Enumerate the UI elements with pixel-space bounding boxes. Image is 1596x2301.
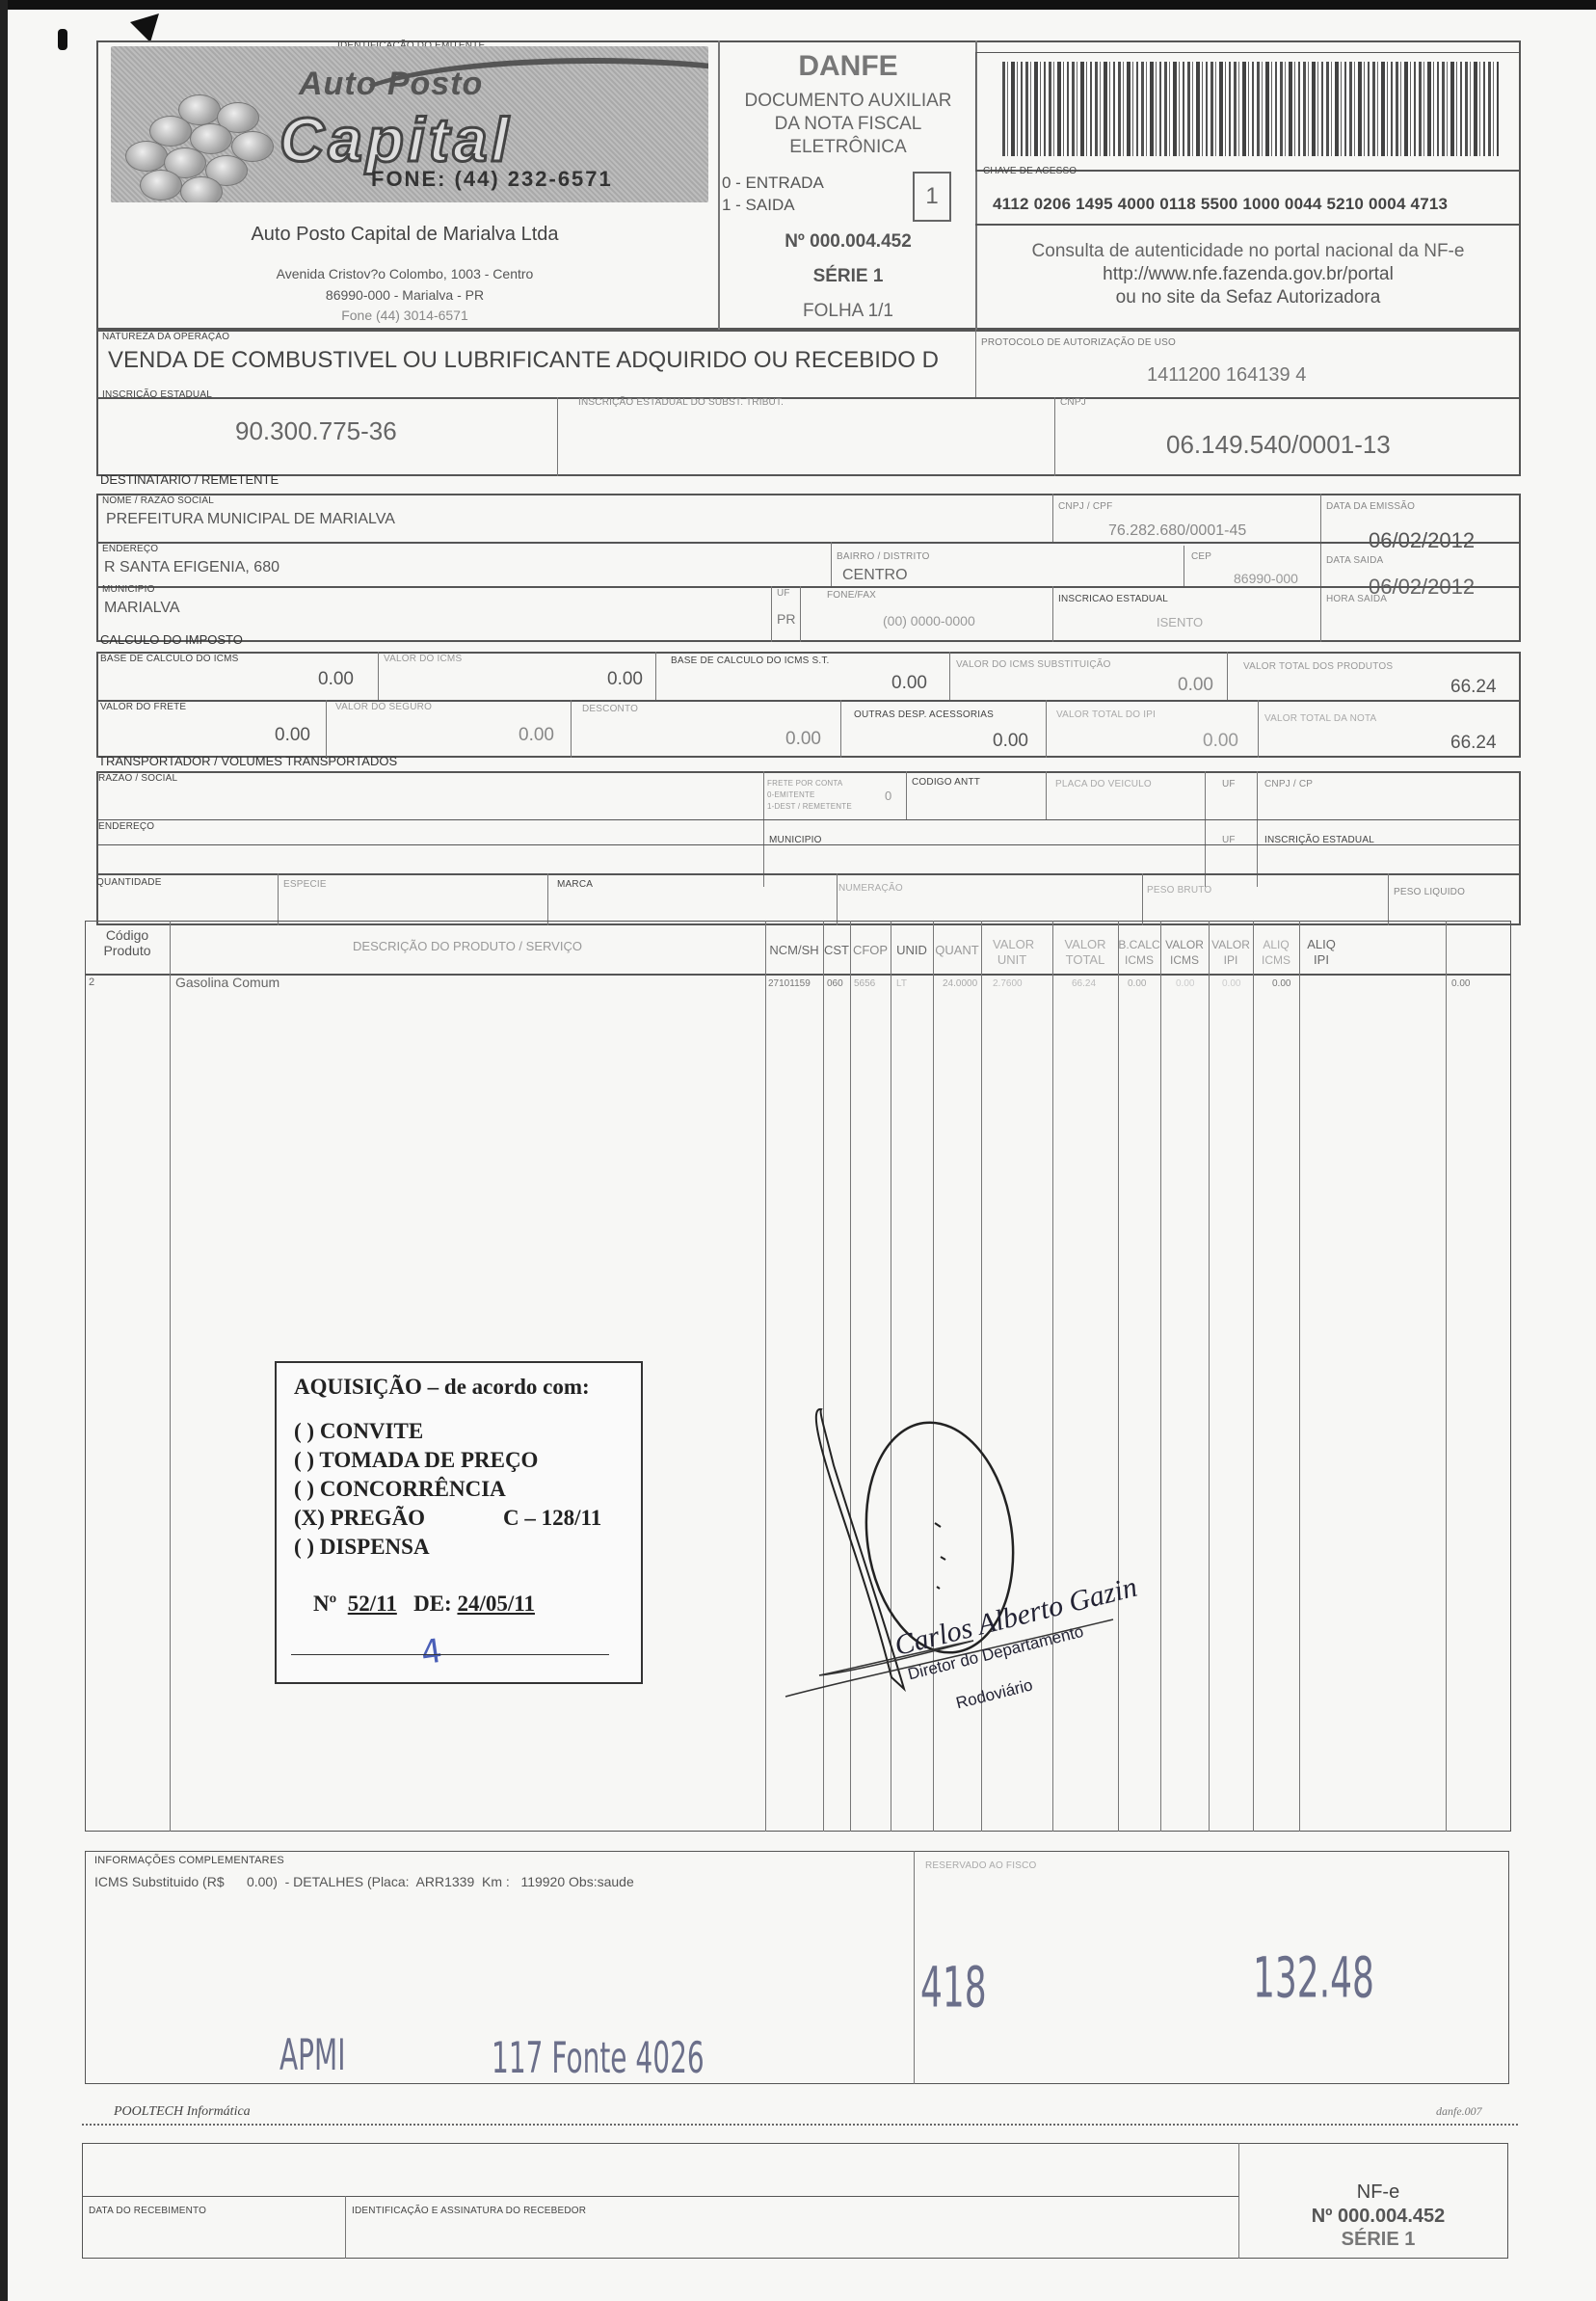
col-header-quant: QUANT xyxy=(933,943,981,958)
divider xyxy=(82,2196,1238,2197)
danfe-subtitle-1: DOCUMENTO AUXILIAR xyxy=(718,91,978,112)
tax-value-total-note: 66.24 xyxy=(1450,733,1497,754)
recipient-name-label: NOME / RAZÃO SOCIAL xyxy=(102,495,214,506)
stamp-date-prefix: DE: xyxy=(413,1592,452,1616)
col-header-description: DESCRIÇÃO DO PRODUTO / SERVIÇO xyxy=(170,939,765,954)
col-header-unid: UNID xyxy=(891,943,933,958)
placa-label: PLACA DO VEICULO xyxy=(1055,779,1152,789)
divider xyxy=(326,700,327,758)
tax-value: 0.00 xyxy=(275,725,310,746)
divider xyxy=(1184,546,1184,586)
tax-value: 0.00 xyxy=(1178,675,1213,696)
frete-value: 0 xyxy=(885,789,891,803)
operation-value: VENDA DE COMBUSTIVEL OU LUBRIFICANTE ADQ… xyxy=(108,347,939,374)
divider xyxy=(1142,873,1143,925)
reserved-fisco-label: RESERVADO AO FISCO xyxy=(925,1860,1036,1871)
pen-mark: 4 xyxy=(418,1632,444,1673)
divider xyxy=(557,397,558,476)
cep-label: CEP xyxy=(1191,551,1211,562)
consulta-line-3: ou no site da Sefaz Autorizadora xyxy=(975,287,1521,308)
frete-option-0: 0-EMITENTE xyxy=(767,790,815,799)
stamp-option-pregao: (X) PREGÃO xyxy=(294,1506,425,1531)
divider xyxy=(1299,921,1300,1832)
stamp-number: 52/11 xyxy=(348,1592,397,1616)
tax-value: 0.00 xyxy=(318,669,354,690)
col-header-total-value: VALOR TOTAL xyxy=(1052,937,1118,968)
receipt-signature-label: IDENTIFICAÇÃO E ASSINATURA DO RECEBEDOR xyxy=(352,2206,586,2216)
tax-label: DESCONTO xyxy=(582,704,638,714)
handwriting-418: 418 xyxy=(920,1957,987,2020)
recipient-name-value: PREFEITURA MUNICIPAL DE MARIALVA xyxy=(106,511,395,528)
handwriting-fonte: 117 Fonte 4026 xyxy=(492,2032,705,2083)
col-header-cst: CST xyxy=(823,943,850,958)
divider xyxy=(1388,873,1389,925)
tax-label: VALOR DO ICMS xyxy=(384,654,462,664)
tax-label: VALOR DO FRETE xyxy=(100,702,186,712)
recipient-cnpj-value: 76.282.680/0001-45 xyxy=(1108,522,1246,540)
divider xyxy=(914,1851,915,2084)
divider xyxy=(1052,586,1053,642)
col-header-v-icms: VALOR ICMS xyxy=(1160,937,1209,968)
tax-value: 0.00 xyxy=(785,729,821,750)
divider xyxy=(1046,771,1047,819)
consulta-line-1: Consulta de autenticidade no portal naci… xyxy=(975,241,1521,262)
tax-label: VALOR TOTAL DO IPI xyxy=(1056,709,1156,720)
tax-label: BASE DE CALCULO DO ICMS xyxy=(100,654,239,664)
cell-unit-value: 2.7600 xyxy=(993,978,1023,989)
emission-date-value: 06/02/2012 xyxy=(1369,528,1475,553)
protocol-value: 1411200 164139 4 xyxy=(1147,364,1306,387)
tax-label: OUTRAS DESP. ACESSORIAS xyxy=(854,709,994,720)
divider xyxy=(547,873,548,925)
divider xyxy=(96,586,1521,588)
divider xyxy=(800,586,801,642)
operation-label: NATUREZA DA OPERAÇÃO xyxy=(102,332,229,342)
frete-label: FRETE POR CONTA xyxy=(767,779,842,788)
col-header-aliq-icms: ALIQ ICMS xyxy=(1253,937,1299,968)
uf-label: UF xyxy=(777,588,790,599)
operation-type-box: 1 xyxy=(913,172,951,222)
cut-line xyxy=(82,2124,1518,2126)
stamp-option-convite: ( ) CONVITE xyxy=(294,1419,423,1444)
divider xyxy=(1209,921,1210,1832)
tax-value: 0.00 xyxy=(607,669,643,690)
cell-cst: 060 xyxy=(827,978,843,989)
danfe-subtitle-3: ELETRÔNICA xyxy=(718,137,978,158)
danfe-subtitle-2: DA NOTA FISCAL xyxy=(718,114,978,135)
danfe-number: Nº 000.004.452 xyxy=(718,231,978,253)
divider xyxy=(1227,652,1228,700)
divider xyxy=(345,2196,346,2259)
divider xyxy=(763,771,764,887)
divider xyxy=(949,652,950,700)
col-header-ncm: NCM/SH xyxy=(765,943,823,958)
tax-value-total-products: 66.24 xyxy=(1450,677,1497,698)
divider xyxy=(1160,921,1161,1832)
cell-unid: LT xyxy=(896,978,907,989)
tax-value: 0.00 xyxy=(891,673,927,694)
cnpj-label: CNPJ xyxy=(1060,397,1086,408)
danfe-sheet: FOLHA 1/1 xyxy=(718,301,978,322)
especie-label: ESPECIE xyxy=(283,879,327,890)
divider xyxy=(96,819,1521,820)
scan-edge-top xyxy=(0,0,1596,10)
quantidade-label: QUANTIDADE xyxy=(96,877,162,888)
exit-date-label: DATA SAIDA xyxy=(1326,555,1383,566)
recipient-ie-value: ISENTO xyxy=(1157,615,1203,629)
receipt-date-label: DATA DO RECEBIMENTO xyxy=(89,2206,206,2216)
divider xyxy=(837,873,838,925)
emitter-phone: Fone (44) 3014-6571 xyxy=(96,308,713,323)
access-key-value: 4112 0206 1495 4000 0118 5500 1000 0044 … xyxy=(993,195,1448,214)
marca-label: MARCA xyxy=(557,879,593,890)
divider xyxy=(1320,494,1321,642)
cell-description: Gasolina Comum xyxy=(175,975,279,990)
divider xyxy=(831,542,832,586)
tax-section-label: CALCULO DO IMPOSTO xyxy=(100,632,243,647)
phone-label: FONE/FAX xyxy=(827,590,876,601)
recipient-address-value: R SANTA EFIGENIA, 680 xyxy=(104,559,279,576)
col-header-v-ipi: VALOR IPI xyxy=(1209,937,1253,968)
divider xyxy=(1253,921,1254,1832)
cnpj-value: 06.149.540/0001-13 xyxy=(1166,430,1391,460)
divider xyxy=(1054,397,1055,476)
acquisition-stamp: AQUISIÇÃO – de acordo com: ( ) CONVITE (… xyxy=(275,1361,643,1684)
transport-section-label: TRANSPORTADOR / VOLUMES TRANSPORTADOS xyxy=(98,754,397,768)
additional-info-label: INFORMAÇÕES COMPLEMENTARES xyxy=(94,1855,284,1866)
divider xyxy=(96,873,1521,875)
emitter-city: 86990-000 - Marialva - PR xyxy=(96,287,713,303)
divider xyxy=(1446,921,1447,1832)
tax-value: 0.00 xyxy=(993,731,1028,752)
recipient-city-label: MUNICIPIO xyxy=(102,584,155,595)
col-header-code: Código Produto xyxy=(85,927,170,958)
tax-value: 0.00 xyxy=(1203,731,1238,752)
phone-value: (00) 0000-0000 xyxy=(883,613,975,629)
stamp-rule xyxy=(291,1654,609,1655)
divider xyxy=(1258,700,1259,758)
handwriting-apmi: APMI xyxy=(279,2029,345,2080)
cell-aliq-icms: 0.00 xyxy=(1272,978,1290,989)
divider xyxy=(85,974,1511,976)
stamp-date: 24/05/11 xyxy=(457,1592,535,1616)
receipt-nfe-number: Nº 000.004.452 xyxy=(1238,2206,1518,2228)
district-label: BAIRRO / DISTRITO xyxy=(837,551,930,562)
divider xyxy=(378,652,379,700)
tax-label: VALOR DO SEGURO xyxy=(335,702,432,712)
stamp-option-tomada: ( ) TOMADA DE PREÇO xyxy=(294,1448,538,1473)
cell-ncm: 27101159 xyxy=(768,978,811,989)
numeracao-label: NUMERAÇÃO xyxy=(838,883,903,894)
col-header-bc-icms: B.CALC ICMS xyxy=(1118,937,1160,968)
cell-bc-icms: 0.00 xyxy=(1128,978,1146,989)
cell-code: 2 xyxy=(89,977,94,988)
tax-label: VALOR TOTAL DOS PRODUTOS xyxy=(1243,661,1393,672)
tax-label: BASE DE CALCULO DO ICMS S.T. xyxy=(671,656,830,666)
col-header-aliq-ipi: ALIQ IPI xyxy=(1299,937,1343,968)
divider xyxy=(1046,700,1047,758)
cell-total-value: 66.24 xyxy=(1072,978,1096,989)
additional-info-text: ICMS Substituido (R$ 0.00) - DETALHES (P… xyxy=(94,1874,634,1889)
col-header-cfop: CFOP xyxy=(850,943,891,958)
stamp-option-concorrencia: ( ) CONCORRÊNCIA xyxy=(294,1477,506,1502)
district-value: CENTRO xyxy=(842,567,908,584)
stamp-number-line: Nº 52/11 DE: 24/05/11 xyxy=(313,1592,535,1617)
danfe-series: SÉRIE 1 xyxy=(718,266,978,287)
recipient-section-label: DESTINATARIO / REMETENTE xyxy=(100,472,279,487)
emission-date-label: DATA DA EMISSÃO xyxy=(1326,501,1415,512)
peso-bruto-label: PESO BRUTO xyxy=(1147,885,1211,896)
stamp-pregao-ref: C – 128/11 xyxy=(503,1506,601,1531)
access-key-label: CHAVE DE ACESSO xyxy=(983,166,1077,176)
stamp-option-dispensa: ( ) DISPENSA xyxy=(294,1535,430,1560)
cell-aliq-ipi: 0.00 xyxy=(1451,978,1470,989)
divider xyxy=(655,652,656,700)
tax-value: 0.00 xyxy=(519,725,554,746)
recipient-address-label: ENDEREÇO xyxy=(102,544,158,554)
cell-v-ipi: 0.00 xyxy=(1222,978,1240,989)
divider xyxy=(765,921,766,1832)
divider xyxy=(1052,494,1053,542)
antt-label: CODIGO ANTT xyxy=(912,777,980,788)
scan-edge-left xyxy=(0,0,8,2301)
ie-value: 90.300.775-36 xyxy=(235,416,397,446)
tax-label: VALOR DO ICMS SUBSTITUIÇÃO xyxy=(956,659,1111,670)
recipient-city-value: MARIALVA xyxy=(104,600,180,617)
software-brand: POOLTECH Informática xyxy=(114,2104,251,2120)
exit-time-label: HORA SAIDA xyxy=(1326,594,1387,604)
transport-cnpj-label: CNPJ / CP xyxy=(1264,779,1313,789)
divider xyxy=(975,330,976,399)
divider xyxy=(1257,771,1258,887)
saida-label: 1 - SAIDA xyxy=(722,196,795,215)
grapes-icon xyxy=(120,94,284,201)
cell-cfop: 5656 xyxy=(854,978,875,989)
divider xyxy=(1205,771,1206,887)
emitter-address: Avenida Cristov?o Colombo, 1003 - Centro xyxy=(96,266,713,281)
company-logo: Auto Posto Capital FONE: (44) 232-6571 xyxy=(111,46,708,202)
divider xyxy=(278,873,279,925)
logo-brand-big: Capital xyxy=(279,104,512,175)
uf-value: PR xyxy=(777,611,795,627)
handwriting-total: 132.48 xyxy=(1253,1947,1374,2011)
divider xyxy=(571,700,572,758)
stamp-title: AQUISIÇÃO – de acordo com: xyxy=(294,1375,590,1400)
cell-quant: 24.0000 xyxy=(943,978,977,989)
cell-v-icms: 0.00 xyxy=(1176,978,1194,989)
cep-value: 86990-000 xyxy=(1234,571,1298,586)
divider xyxy=(771,586,772,642)
divider xyxy=(170,921,171,1832)
recipient-cnpj-label: CNPJ / CPF xyxy=(1058,501,1112,512)
consulta-url[interactable]: http://www.nfe.fazenda.gov.br/portal xyxy=(975,264,1521,285)
scan-mark xyxy=(130,13,159,42)
ie-label: INSCRIÇÃO ESTADUAL xyxy=(102,389,212,400)
logo-brand-small: Auto Posto xyxy=(299,66,483,103)
divider xyxy=(906,771,907,819)
divider xyxy=(96,542,1521,544)
frete-option-1: 1-DEST / REMETENTE xyxy=(767,802,852,811)
form-reference: danfe.007 xyxy=(1436,2104,1482,2119)
tax-label: VALOR TOTAL DA NOTA xyxy=(1264,713,1376,724)
divider xyxy=(840,700,841,758)
protocol-label: PROTOCOLO DE AUTORIZAÇÃO DE USO xyxy=(981,337,1176,348)
peso-liquido-label: PESO LIQUIDO xyxy=(1394,887,1465,897)
barcode-icon xyxy=(1002,62,1499,156)
stamp-number-prefix: Nº xyxy=(313,1592,336,1616)
transport-address-label: ENDEREÇO xyxy=(98,821,154,832)
transport-razao-label: RAZÃO / SOCIAL xyxy=(98,773,177,784)
scan-mark xyxy=(58,29,67,50)
emitter-name: Auto Posto Capital de Marialva Ltda xyxy=(96,224,713,246)
divider xyxy=(96,844,1521,845)
logo-phone: FONE: (44) 232-6571 xyxy=(371,167,613,192)
ie-st-label: INSCRIÇÃO ESTADUAL DO SUBST. TRIBUT. xyxy=(578,397,784,408)
receipt-nfe-label: NF-e xyxy=(1238,2181,1518,2204)
transport-uf-label: UF xyxy=(1222,779,1236,789)
divider xyxy=(975,224,1521,226)
danfe-title: DANFE xyxy=(718,50,978,83)
receipt-nfe-series: SÉRIE 1 xyxy=(1238,2229,1518,2251)
col-header-unit-value: VALOR UNIT xyxy=(993,937,1031,968)
entrada-label: 0 - ENTRADA xyxy=(722,174,824,193)
recipient-ie-label: INSCRICAO ESTADUAL xyxy=(1058,594,1168,604)
divider xyxy=(96,700,1521,702)
